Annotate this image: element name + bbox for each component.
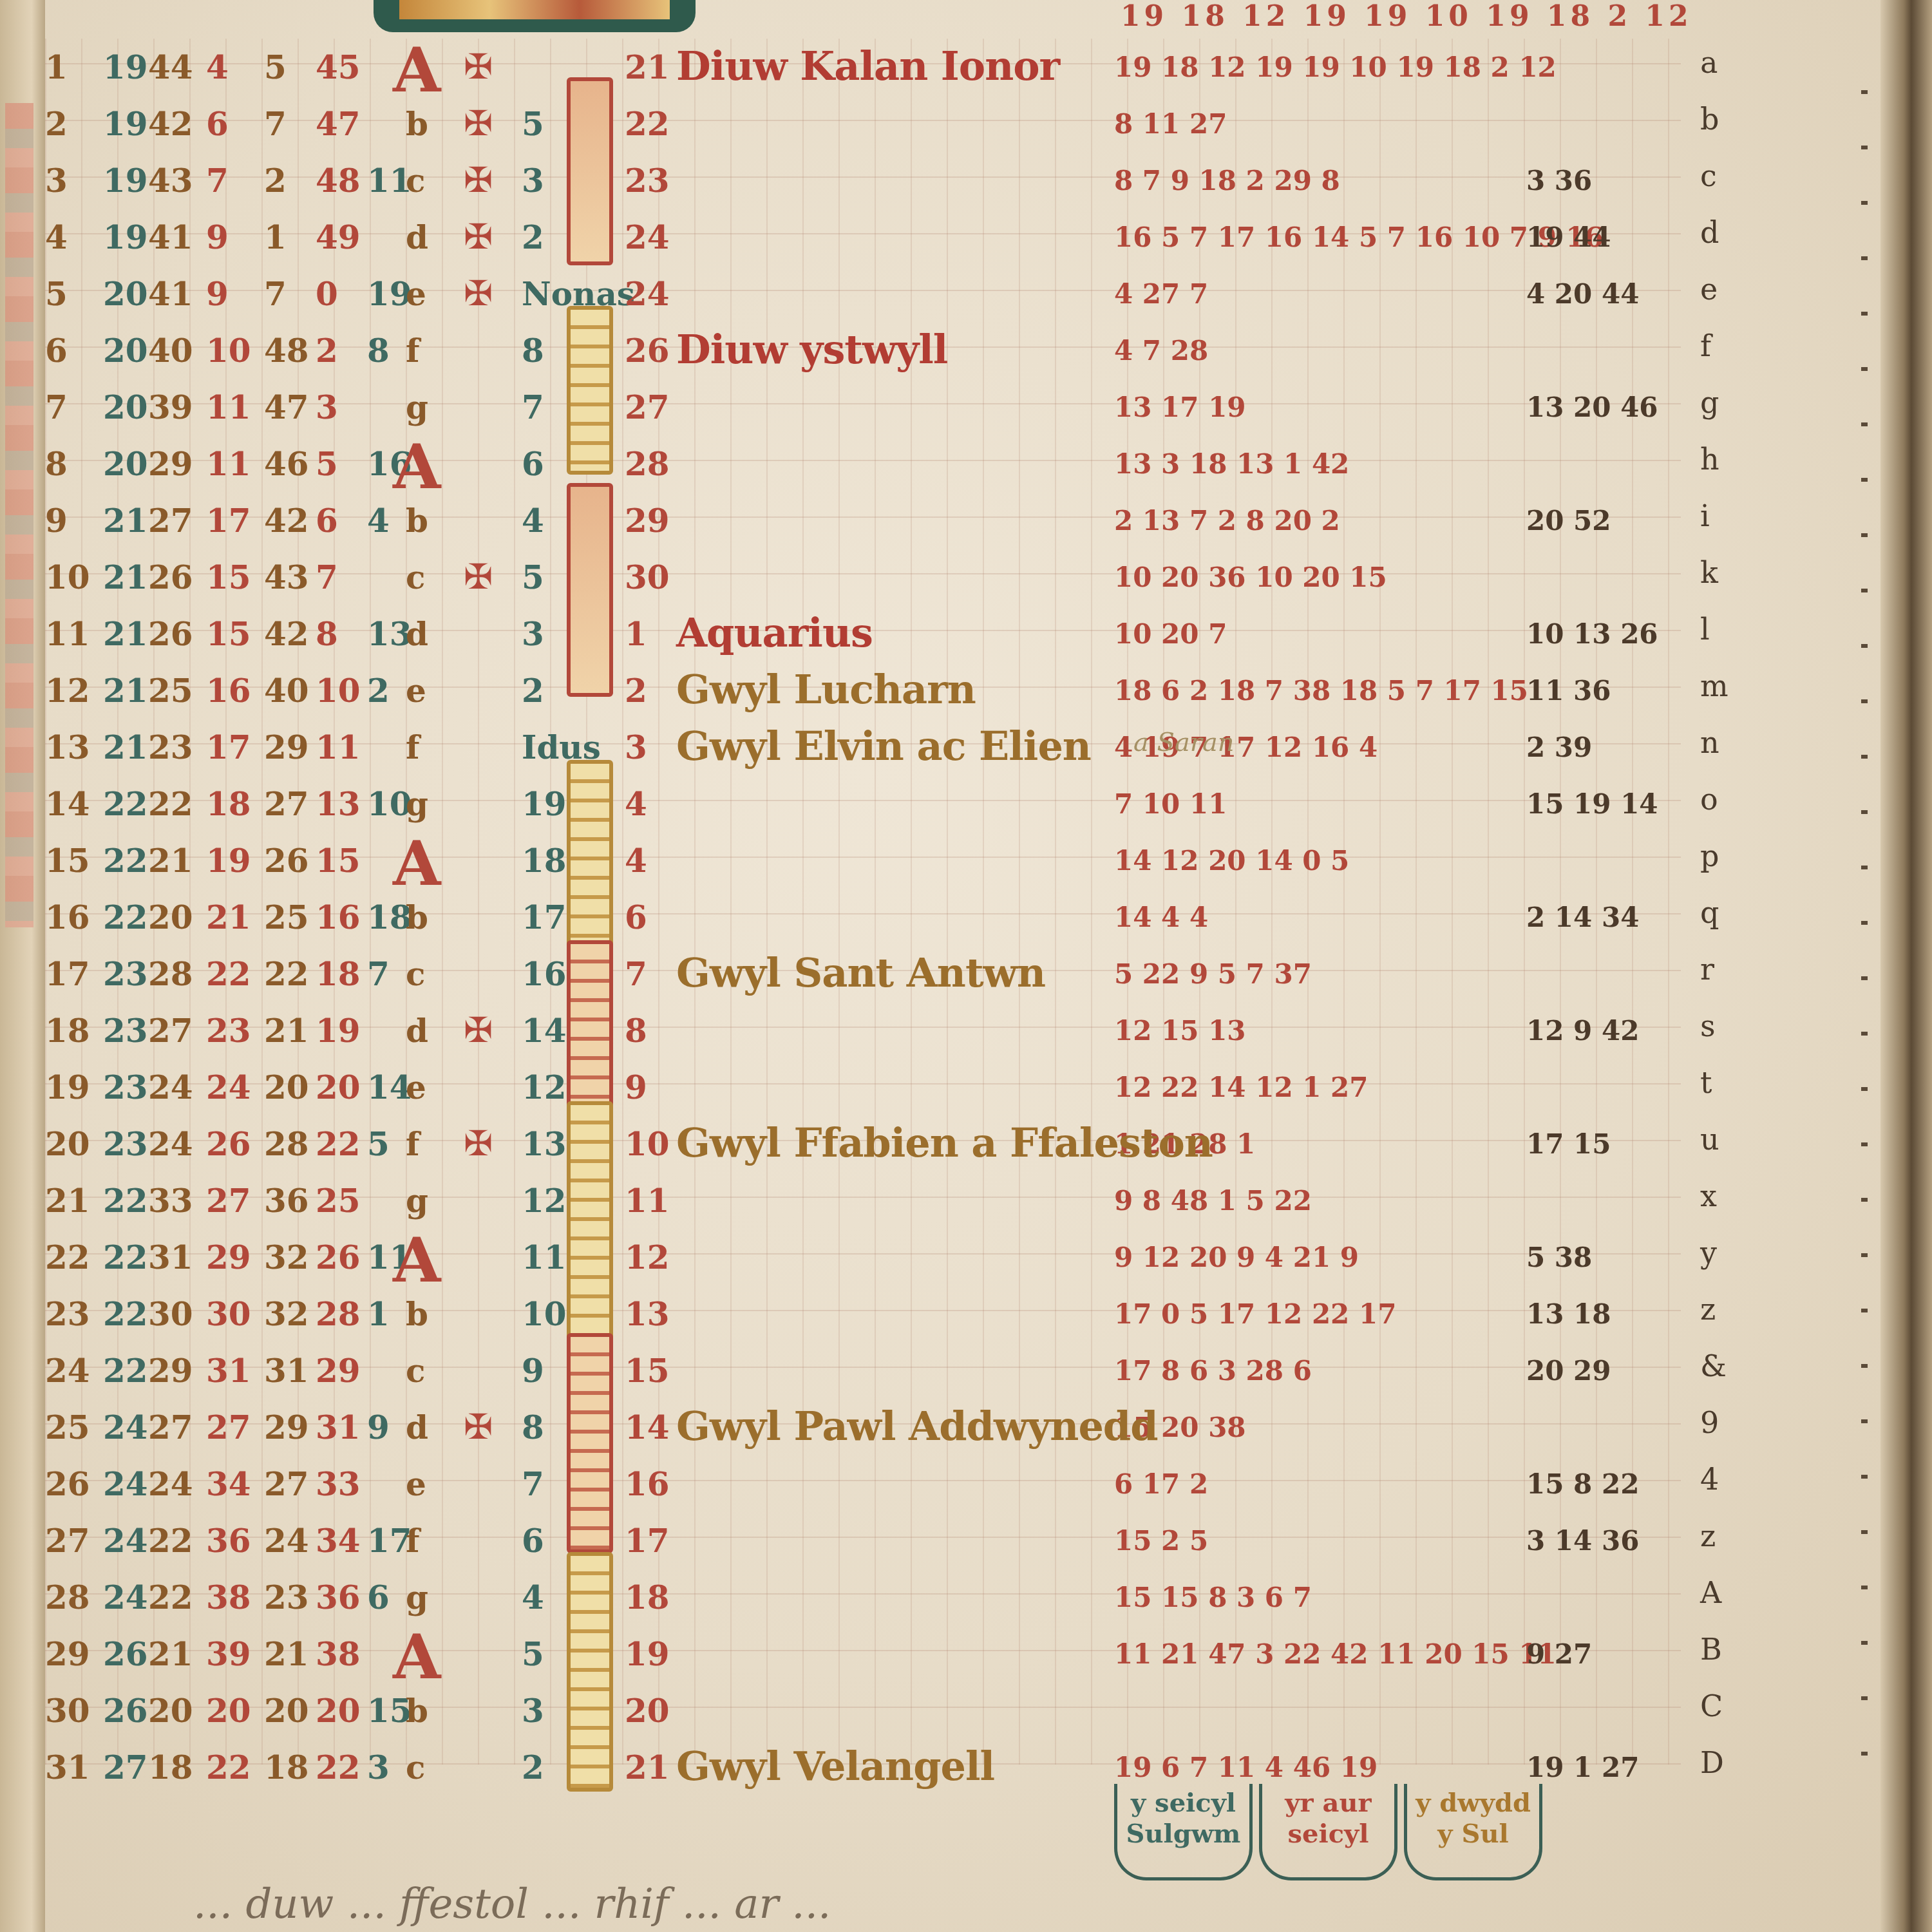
cell-c3: 9 [206, 272, 229, 317]
cell-c2: 41 [148, 215, 193, 260]
cell-right: 6 17 2 [1114, 1462, 1208, 1507]
cell-c5: 13 [316, 782, 361, 827]
cell-date: 28 [625, 442, 670, 487]
cell-c4: 31 [264, 1349, 309, 1394]
calendar-row: 62040104828f8264 7 28Diuw ystwyll [45, 322, 1707, 379]
cell-c3: 34 [206, 1462, 251, 1507]
cell-day: 21 [45, 1179, 90, 1224]
margin-letter: r [1700, 952, 1714, 987]
cell-right: 17 0 5 17 12 22 17 [1114, 1292, 1396, 1337]
cell-kal: 9 [522, 1349, 544, 1394]
margin-letter: o [1700, 782, 1718, 817]
cell-sun: 9 27 [1526, 1632, 1592, 1677]
cell-kal: 5 [522, 102, 544, 147]
cell-kal: 18 [522, 838, 567, 884]
cell-day: 16 [45, 895, 90, 940]
cell-c5: 22 [316, 1122, 361, 1167]
calendar-row: 92127174264b4292 13 7 2 8 20 220 52 [45, 492, 1707, 549]
cell-kal: 11 [522, 1235, 567, 1280]
cell-right: 8 7 9 18 2 29 8 [1114, 158, 1340, 204]
feast-entry: Diuw Kalan Ionor [676, 43, 1059, 90]
cell-date: 7 [625, 952, 647, 997]
cell-c3: 10 [206, 328, 251, 374]
margin-letter: i [1700, 498, 1710, 533]
cell-right: 12 15 13 [1114, 1009, 1246, 1054]
cell-letter: b [406, 102, 428, 147]
margin-letter: z [1700, 1292, 1716, 1327]
feast-entry: Gwyl Lucharn [676, 666, 976, 714]
cell-date: 27 [625, 385, 670, 430]
cell-letter: b [406, 498, 428, 544]
cell-day: 10 [45, 555, 90, 600]
calendar-row: 16222021251618b17614 4 42 14 34 [45, 889, 1707, 945]
kl-bar-red-2 [567, 1333, 613, 1553]
cell-kal: 8 [522, 1405, 544, 1450]
cell-letter: e [406, 668, 426, 714]
cell-day: 19 [45, 1065, 90, 1110]
cell-letter: e [406, 1065, 426, 1110]
cell-c1: 22 [103, 1292, 148, 1337]
cell-date: 3 [625, 725, 647, 770]
margin-letter: c [1700, 158, 1717, 193]
margin-letter: g [1700, 385, 1719, 420]
cell-kal: 19 [522, 782, 567, 827]
feast-entry: Gwyl Sant Antwn [676, 949, 1045, 997]
cell-kal: 13 [522, 1122, 567, 1167]
cell-date: 4 [625, 838, 647, 884]
cell-c5: 45 [316, 45, 361, 90]
cell-c1: 26 [103, 1689, 148, 1734]
cell-c6: 4 [367, 498, 390, 544]
cell-c1: 27 [103, 1745, 148, 1790]
cell-c3: 18 [206, 782, 251, 827]
cell-c4: 29 [264, 1405, 309, 1450]
cell-sun: 2 14 34 [1526, 895, 1639, 940]
cell-kal: 6 [522, 1519, 544, 1564]
cell-right: 5 22 9 5 7 37 [1114, 952, 1312, 997]
cell-c1: 22 [103, 1179, 148, 1224]
cell-c2: 27 [148, 1405, 193, 1450]
cell-c2: 22 [148, 782, 193, 827]
cross-icon: ✠ [464, 1406, 493, 1447]
cell-date: 11 [625, 1179, 670, 1224]
cell-day: 27 [45, 1519, 90, 1564]
cell-c1: 22 [103, 782, 148, 827]
marginal-annotation: a Saran [1133, 728, 1235, 757]
kl-bar-red-1 [567, 940, 613, 1109]
cell-kal: 6 [522, 442, 544, 487]
cell-sun: 15 19 14 [1526, 782, 1658, 827]
cell-day: 4 [45, 215, 68, 260]
cell-day: 5 [45, 272, 68, 317]
calendar-row: 2322303032281b101317 0 5 17 12 22 1713 1… [45, 1285, 1707, 1342]
cell-kal: 16 [522, 952, 567, 997]
cell-day: 2 [45, 102, 68, 147]
cell-day: 9 [45, 498, 68, 544]
cell-c5: 11 [316, 725, 361, 770]
shield-golden-number: yr aur seicyl [1259, 1784, 1397, 1880]
cell-c2: 42 [148, 102, 193, 147]
cell-letter: g [406, 782, 428, 827]
cell-c5: 34 [316, 1519, 361, 1564]
margin-letter: f [1700, 328, 1711, 363]
margin-letter: p [1700, 838, 1719, 873]
cell-day: 28 [45, 1575, 90, 1620]
cell-date: 15 [625, 1349, 670, 1394]
cell-c5: 18 [316, 952, 361, 997]
calendar-row: 2023242628225f13101 21 28 117 15✠Gwyl Ff… [45, 1115, 1707, 1172]
calendar-row: 242229313129c91517 8 6 3 28 620 29 [45, 1342, 1707, 1399]
cell-sun: 3 14 36 [1526, 1519, 1639, 1564]
cell-right: 7 10 11 [1114, 782, 1227, 827]
cell-date: 14 [625, 1405, 670, 1450]
cell-letter: f [406, 1519, 420, 1564]
cell-day: 7 [45, 385, 68, 430]
cell-c5: 31 [316, 1405, 361, 1450]
cell-day: 8 [45, 442, 68, 487]
cell-c5: 26 [316, 1235, 361, 1280]
cell-kal: 5 [522, 555, 544, 600]
cell-day: 12 [45, 668, 90, 714]
cell-day: 6 [45, 328, 68, 374]
cell-c4: 27 [264, 1462, 309, 1507]
cell-right: 4 7 28 [1114, 328, 1208, 374]
cell-c5: 36 [316, 1575, 361, 1620]
cell-right: 10 20 7 [1114, 612, 1227, 657]
cell-c4: 36 [264, 1179, 309, 1224]
cell-sun: 10 13 26 [1526, 612, 1658, 657]
cell-day: 17 [45, 952, 90, 997]
calendar-row: 31943724811c3238 7 9 18 2 29 83 36✠ [45, 152, 1707, 209]
cell-c1: 24 [103, 1405, 148, 1450]
cell-date: 10 [625, 1122, 670, 1167]
cell-c1: 22 [103, 895, 148, 940]
cell-c4: 46 [264, 442, 309, 487]
cell-c6: 8 [367, 328, 390, 374]
calendar-row: 2824223823366g41815 15 8 3 6 7 [45, 1569, 1707, 1625]
cell-c2: 40 [148, 328, 193, 374]
margin-letter: k [1700, 555, 1718, 590]
cell-c5: 7 [316, 555, 338, 600]
cell-c4: 23 [264, 1575, 309, 1620]
cell-c3: 16 [206, 668, 251, 714]
cell-c6: 9 [367, 1405, 390, 1450]
cell-c1: 24 [103, 1519, 148, 1564]
shield-sunday-letter: y dwydd y Sul [1404, 1784, 1542, 1880]
cell-c5: 6 [316, 498, 338, 544]
cell-right: 9 8 48 1 5 22 [1114, 1179, 1312, 1224]
margin-letter: a [1700, 45, 1718, 80]
cell-c1: 19 [103, 45, 148, 90]
cell-c6: 5 [367, 1122, 390, 1167]
cell-c2: 22 [148, 1575, 193, 1620]
calendar-row: 132123172911fIdus34 19 7 17 12 16 42 39G… [45, 719, 1707, 775]
cell-c1: 24 [103, 1462, 148, 1507]
cell-c1: 19 [103, 215, 148, 260]
cell-right: 12 22 14 12 1 27 [1114, 1065, 1368, 1110]
cell-right: 13 17 19 [1114, 385, 1246, 430]
cell-c5: 48 [316, 158, 361, 204]
cell-date: 1 [625, 612, 647, 657]
calendar-row: 212233273625g12119 8 48 1 5 22 [45, 1172, 1707, 1229]
cell-c4: 20 [264, 1065, 309, 1110]
cell-c4: 43 [264, 555, 309, 600]
margin-letter: m [1700, 668, 1728, 703]
cross-icon: ✠ [464, 46, 493, 87]
margin-letter: B [1700, 1632, 1722, 1667]
cell-c4: 32 [264, 1292, 309, 1337]
cell-kal: 3 [522, 1689, 544, 1734]
cross-icon: ✠ [464, 556, 493, 597]
cell-c1: 21 [103, 668, 148, 714]
cell-c5: 16 [316, 895, 361, 940]
cell-c4: 21 [264, 1632, 309, 1677]
cell-c5: 3 [316, 385, 338, 430]
shield-solar-cycle: y seicyl Sulgwm [1114, 1784, 1253, 1880]
cell-c2: 20 [148, 1689, 193, 1734]
cell-c1: 20 [103, 272, 148, 317]
cell-letter: f [406, 328, 420, 374]
cell-c3: 20 [206, 1689, 251, 1734]
margin-letter: q [1700, 895, 1719, 930]
cell-date: 30 [625, 555, 670, 600]
cell-right: 10 20 36 10 20 15 [1114, 555, 1387, 600]
cell-day: 3 [45, 158, 68, 204]
cell-c1: 20 [103, 328, 148, 374]
kl-initial-red [567, 77, 613, 265]
calendar-row: 219426747b5228 11 27✠ [45, 95, 1707, 152]
cell-c3: 15 [206, 555, 251, 600]
cell-c3: 26 [206, 1122, 251, 1167]
calendar-row: 5204197019eNonas244 27 74 20 44✠ [45, 265, 1707, 322]
cell-c4: 18 [264, 1745, 309, 1790]
cell-c5: 2 [316, 328, 338, 374]
cell-c4: 26 [264, 838, 309, 884]
cell-c2: 30 [148, 1292, 193, 1337]
cell-day: 11 [45, 612, 90, 657]
cell-date: 20 [625, 1689, 670, 1734]
cell-day: 29 [45, 1632, 90, 1677]
cell-letter: c [406, 158, 425, 204]
cell-date: 22 [625, 102, 670, 147]
cell-right: 15 2 5 [1114, 1519, 1208, 1564]
cell-c3: 22 [206, 1745, 251, 1790]
cell-c1: 20 [103, 385, 148, 430]
cell-c1: 23 [103, 1122, 148, 1167]
cell-c5: 28 [316, 1292, 361, 1337]
cell-letter: c [406, 555, 425, 600]
cross-icon: ✠ [464, 273, 493, 314]
cell-c1: 24 [103, 1575, 148, 1620]
cell-sun: 17 15 [1526, 1122, 1611, 1167]
feast-entry: Aquarius [676, 609, 873, 657]
margin-letter: C [1700, 1689, 1723, 1723]
cell-c4: 40 [264, 668, 309, 714]
margin-letter: b [1700, 102, 1719, 137]
cell-day: 15 [45, 838, 90, 884]
calendar-row: 14222218271310g1947 10 1115 19 14 [45, 775, 1707, 832]
cell-date: 16 [625, 1462, 670, 1507]
margin-letter: t [1700, 1065, 1712, 1100]
cell-c3: 6 [206, 102, 229, 147]
cell-c2: 43 [148, 158, 193, 204]
cell-kal: 12 [522, 1179, 567, 1224]
cell-c2: 21 [148, 1632, 193, 1677]
cell-c2: 27 [148, 498, 193, 544]
cell-right: 15 15 8 3 6 7 [1114, 1575, 1312, 1620]
margin-letter: d [1700, 215, 1719, 250]
cell-c2: 28 [148, 952, 193, 997]
cell-letter: c [406, 952, 425, 997]
cell-c2: 20 [148, 895, 193, 940]
cell-c2: 26 [148, 612, 193, 657]
margin-letter: D [1700, 1745, 1724, 1780]
cell-c5: 15 [316, 838, 361, 884]
cell-c3: 9 [206, 215, 229, 260]
cell-sun: 13 18 [1526, 1292, 1611, 1337]
cell-letter: c [406, 1745, 425, 1790]
cell-c1: 19 [103, 102, 148, 147]
cell-c4: 28 [264, 1122, 309, 1167]
cell-letter: d [406, 1009, 428, 1054]
cell-c3: 11 [206, 385, 251, 430]
decorated-initial-top [374, 0, 696, 32]
margin-letter: A [1700, 1575, 1721, 1610]
cell-sun: 12 9 42 [1526, 1009, 1639, 1054]
kl-bar-gold-2 [567, 1101, 613, 1341]
kl-initial-red-2 [567, 483, 613, 697]
cell-day: 31 [45, 1745, 90, 1790]
calendar-row: 19232424202014e12912 22 14 12 1 27 [45, 1059, 1707, 1115]
cell-date: 29 [625, 498, 670, 544]
cell-letter: d [406, 612, 428, 657]
cell-right: 8 11 27 [1114, 102, 1227, 147]
cell-c2: 24 [148, 1462, 193, 1507]
margin-letter: 9 [1700, 1405, 1719, 1440]
calendar-row: 262424342733e7166 17 215 8 22 [45, 1455, 1707, 1512]
cell-letter: f [406, 725, 420, 770]
cell-c3: 24 [206, 1065, 251, 1110]
cell-c3: 29 [206, 1235, 251, 1280]
cell-letter: b [406, 895, 428, 940]
cell-c2: 44 [148, 45, 193, 90]
feast-entry: Gwyl Ffabien a Ffaleston [676, 1119, 1213, 1167]
cell-c4: 47 [264, 385, 309, 430]
cell-c3: 7 [206, 158, 229, 204]
cell-c1: 21 [103, 498, 148, 544]
cell-date: 4 [625, 782, 647, 827]
cell-letter: b [406, 1689, 428, 1734]
cell-c3: 31 [206, 1349, 251, 1394]
margin-letter: x [1700, 1179, 1717, 1213]
cell-c3: 17 [206, 725, 251, 770]
cell-sun: 13 20 46 [1526, 385, 1658, 430]
cross-icon: ✠ [464, 1010, 493, 1050]
cell-c4: 7 [264, 272, 287, 317]
cell-letter: d [406, 1405, 428, 1450]
calendar-row: 1723282222187c1675 22 9 5 7 37Gwyl Sant … [45, 945, 1707, 1002]
cell-c1: 23 [103, 1009, 148, 1054]
cell-c2: 39 [148, 385, 193, 430]
manuscript-page: 19 18 12 19 19 10 19 18 2 12 119444545A2… [0, 0, 1932, 1932]
cell-c5: 0 [316, 272, 338, 317]
facing-page-edge [0, 0, 45, 1932]
cell-day: 24 [45, 1349, 90, 1394]
cell-c2: 24 [148, 1065, 193, 1110]
cell-c2: 22 [148, 1519, 193, 1564]
cell-c6: 1 [367, 1292, 390, 1337]
cell-c5: 19 [316, 1009, 361, 1054]
calendar-row: 10212615437c53010 20 36 10 20 15✠ [45, 549, 1707, 605]
calendar-row: 152221192615A18414 12 20 14 0 5 [45, 832, 1707, 889]
cell-right: 17 8 6 3 28 6 [1114, 1349, 1312, 1394]
cell-c4: 2 [264, 158, 287, 204]
feast-entry: Gwyl Elvin ac Elien [676, 723, 1091, 770]
cell-day: 14 [45, 782, 90, 827]
cell-c5: 47 [316, 102, 361, 147]
calendar-row: 1121261542813d3110 20 710 13 26Aquarius [45, 605, 1707, 662]
cell-c2: 31 [148, 1235, 193, 1280]
cell-c6: 7 [367, 952, 390, 997]
cell-day: 1 [45, 45, 68, 90]
cell-c4: 29 [264, 725, 309, 770]
cell-c5: 29 [316, 1349, 361, 1394]
cell-c3: 15 [206, 612, 251, 657]
cell-date: 24 [625, 272, 670, 317]
cell-c5: 10 [316, 668, 361, 714]
cell-c5: 49 [316, 215, 361, 260]
cell-kal: 2 [522, 1745, 544, 1790]
cell-right: 4 27 7 [1114, 272, 1208, 317]
cell-c6: 3 [367, 1745, 390, 1790]
cell-kal: 14 [522, 1009, 567, 1054]
cell-letter: g [406, 1575, 428, 1620]
cross-icon: ✠ [464, 216, 493, 257]
cell-c2: 27 [148, 1009, 193, 1054]
cell-day: 25 [45, 1405, 90, 1450]
margin-letter: y [1700, 1235, 1717, 1270]
kl-initial-gold [567, 306, 613, 475]
cross-icon: ✠ [464, 103, 493, 144]
cell-c3: 11 [206, 442, 251, 487]
cell-c3: 27 [206, 1179, 251, 1224]
cell-c2: 26 [148, 555, 193, 600]
cell-date: 26 [625, 328, 670, 374]
cell-day: 26 [45, 1462, 90, 1507]
feast-entry: Gwyl Velangell [676, 1743, 994, 1790]
cell-kal: 2 [522, 668, 544, 714]
cell-c3: 38 [206, 1575, 251, 1620]
footer-inscription: ... duw ... ffestol ... rhif ... ar ... [193, 1880, 831, 1928]
calendar-row: 419419149d22416 5 7 17 16 14 5 7 16 10 7… [45, 209, 1707, 265]
cell-kal: 4 [522, 1575, 544, 1620]
pricking-holes [1861, 39, 1868, 1777]
cell-sun: 5 38 [1526, 1235, 1592, 1280]
cell-c1: 21 [103, 612, 148, 657]
cell-c3: 17 [206, 498, 251, 544]
cell-c5: 20 [316, 1065, 361, 1110]
margin-letter: z [1700, 1519, 1716, 1553]
cell-c4: 21 [264, 1009, 309, 1054]
cell-date: 9 [625, 1065, 647, 1110]
cell-c3: 27 [206, 1405, 251, 1450]
cell-kal: 4 [522, 498, 544, 544]
cell-c3: 30 [206, 1292, 251, 1337]
cell-c4: 7 [264, 102, 287, 147]
cell-right: 14 4 4 [1114, 895, 1208, 940]
margin-letter: 4 [1700, 1462, 1719, 1497]
cell-right: 18 6 2 18 7 38 18 5 7 17 15 [1114, 668, 1528, 714]
